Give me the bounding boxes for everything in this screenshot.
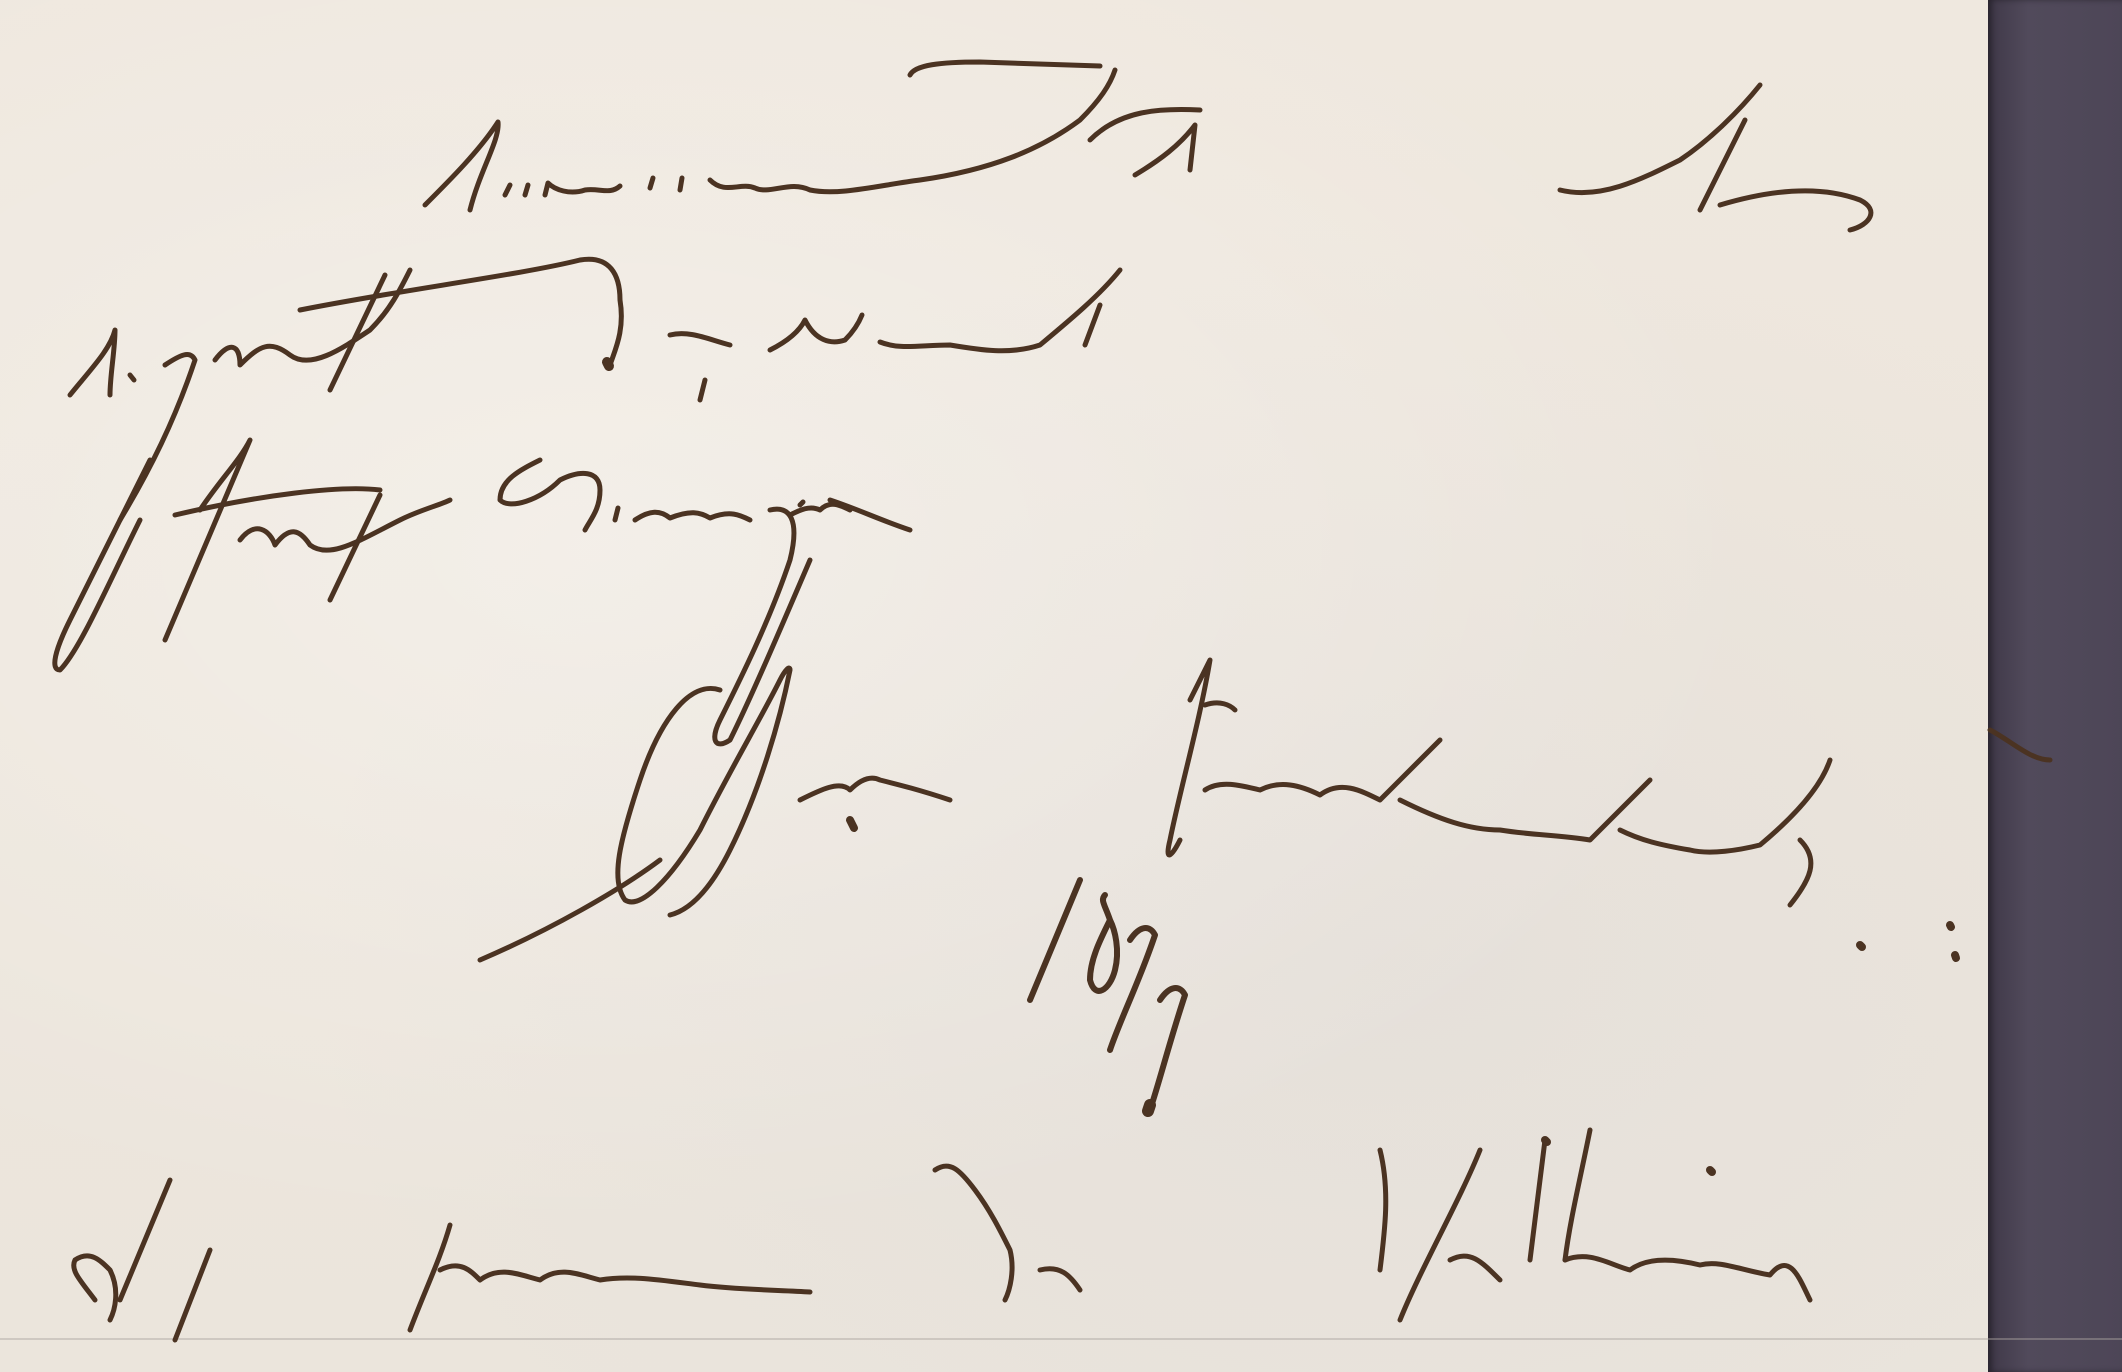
- signature-ink: [480, 660, 2050, 960]
- handwriting-line-1: [425, 70, 1871, 230]
- stray-stroke: [910, 62, 1100, 75]
- address-ink: [74, 1130, 1810, 1340]
- handwriting-line-2: [70, 259, 1120, 520]
- date-ink: [1030, 880, 1185, 1111]
- handwriting-ink: [0, 0, 2122, 1372]
- margin-dots: [1860, 925, 1956, 958]
